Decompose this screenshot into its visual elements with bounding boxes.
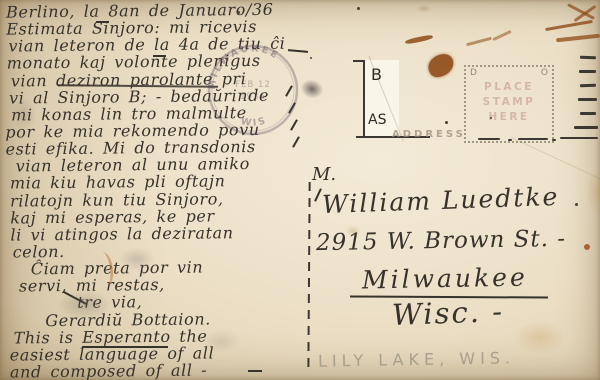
stamp-text-line: STAMP (466, 95, 552, 110)
message-line: and composed of all - (10, 360, 312, 380)
bottom-rule-dash (552, 139, 556, 141)
address-state: Wisc. - (391, 294, 504, 332)
bottom-rule-dash (560, 137, 598, 139)
postmark-year-text: 1936 (240, 92, 266, 102)
place-stamp-here-box: D O PLACESTAMPHERE (464, 65, 554, 143)
address-printed-hint: ADDRESS (392, 129, 466, 140)
edge-dash (580, 56, 596, 60)
rust-streak (567, 3, 595, 20)
stamp-box-corner-mark: O (541, 68, 548, 78)
address-city: Milwaukee (362, 263, 528, 295)
rust-stain (425, 51, 457, 80)
address-street: 2915 W. Brown St. - (316, 226, 566, 256)
rust-streak (466, 37, 492, 47)
paper-crease (510, 137, 600, 189)
bottom-rule-dash (478, 138, 500, 140)
rust-stain (405, 34, 433, 45)
place-stamp-here-text: PLACESTAMPHERE (466, 80, 552, 125)
underline-4a-stroke (153, 55, 166, 57)
printed-label-box: B AS (363, 60, 399, 137)
edge-dash (580, 112, 596, 115)
underline-esperanto (82, 346, 168, 348)
bottom-rule-dash (518, 138, 548, 140)
address-prefix: M. (312, 164, 336, 185)
edge-dash (579, 70, 596, 73)
stamp-text-line: HERE (466, 110, 552, 125)
pencil-note: LILY LAKE, WIS. (318, 348, 515, 370)
underline-8an-stroke (96, 21, 109, 23)
age-stain (582, 162, 600, 224)
stamp-box-corner-mark: D (470, 68, 477, 78)
speck (445, 121, 448, 124)
address-name: William Luedtke (322, 182, 560, 219)
rust-streak (573, 5, 596, 22)
speck (575, 203, 578, 206)
rust-streak (545, 20, 593, 31)
svg-text:WIS: WIS (240, 115, 269, 129)
speck (357, 7, 360, 10)
postmark-date-text: FEB 12 (235, 80, 271, 90)
rust-streak (556, 34, 600, 43)
postmark-stamp: MILWAUKEE WIS FEB 12 1936 (205, 42, 301, 138)
postcard-back: Berlino, la 8an de Januaro/36Estimata Si… (0, 0, 600, 380)
rust-dot (584, 244, 590, 250)
stamp-text-line: PLACE (466, 80, 552, 95)
edge-dash (574, 126, 598, 129)
label-letter-b: B (371, 65, 382, 84)
speck (310, 57, 312, 59)
bottom-rule-dash (508, 139, 512, 141)
age-stain (414, 3, 434, 14)
edge-dash (580, 84, 596, 88)
label-letters-as: AS (368, 112, 386, 128)
edge-dash (578, 98, 597, 101)
line22-trailing-dash (248, 370, 262, 372)
age-stain (505, 315, 575, 360)
rust-streak (492, 30, 511, 41)
postmark-state-text: WIS (240, 115, 269, 129)
